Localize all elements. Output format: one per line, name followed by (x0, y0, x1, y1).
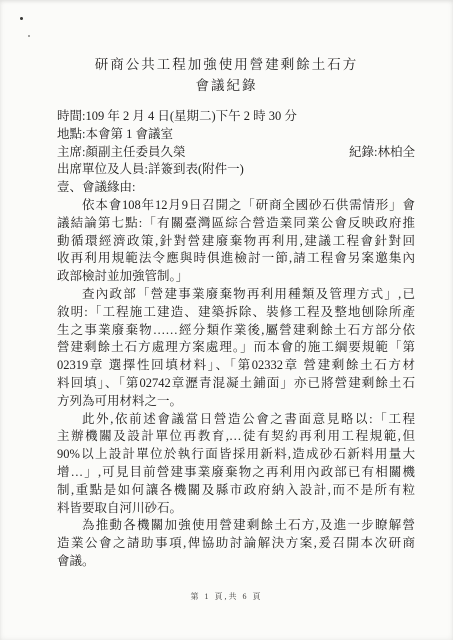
paragraph-line: 依本會108年12月9日召開之「研商全國砂石供需情形」會 (57, 197, 415, 215)
document-title-block: 研商公共工程加強使用營建剩餘土石方 會議紀錄 (0, 0, 453, 96)
paragraph-line: 動循環經濟政策,針對營建廢棄物再利用,建議工程會針對回 (57, 233, 415, 251)
meeting-recorder: 紀錄:林柏全 (349, 144, 415, 162)
scan-artifact (20, 17, 23, 20)
paragraph-line: 02319章 選擇性回填材料」、「第02332章 營建剩餘土石方材 (57, 357, 415, 375)
meeting-location: 地點:本會第 1 會議室 (57, 126, 415, 144)
paragraph-line: 營建剩餘土石方處理方案處理。」而本會的施工綱要規範「第 (57, 339, 415, 357)
paragraph-line: 為推動各機關加強使用營建剩餘土石方,及進一步瞭解營 (57, 517, 415, 535)
paragraph-line: 收再利用規範法令應與時俱進檢討一節,請工程會另案邀集內 (57, 250, 415, 268)
document-title: 研商公共工程加強使用營建剩餘土石方 (0, 54, 453, 75)
paragraph: 為推動各機關加強使用營建剩餘土石方,及進一步瞭解營 造業公會之請助事項,俾協助討… (57, 517, 415, 570)
paragraph-line: 查內政部「營建事業廢棄物再利用種類及管理方式」,已 (57, 286, 415, 304)
paragraph: 此外,依前述會議當日營造公會之書面意見略以:「工程 主辦機關及設計單位再教育,…… (57, 411, 415, 518)
paragraph: 依本會108年12月9日召開之「研商全國砂石供需情形」會 議結論第七點:「有關臺… (57, 197, 415, 286)
paragraph-line: 90%以上設計單位於執行面皆採用新料,造成砂石新料用量大 (57, 446, 415, 464)
scan-artifact (28, 35, 30, 37)
meeting-chair: 主席:顏副主任委員久榮 (57, 144, 185, 162)
paragraph-line: 主辦機關及設計單位再教育,…徒有契約再利用工程規範,但 (57, 428, 415, 446)
paragraph-line: 議結論第七點:「有關臺灣區綜合營造業同業公會反映政府推 (57, 215, 415, 233)
meeting-attendees: 出席單位及人員:詳簽到表(附件一) (57, 161, 415, 179)
paragraph-line: 料回填」、「第02742章瀝青混凝土鋪面」亦已將營建剩餘土石 (57, 375, 415, 393)
paragraph-line: 政部檢討並加強管制。」 (57, 268, 415, 286)
paragraph-line: 敘明:「工程施工建造、建築拆除、裝修工程及整地刨除所產 (57, 304, 415, 322)
chair-recorder-row: 主席:顏副主任委員久榮 紀錄:林柏全 (57, 144, 415, 162)
paragraph-line: 制,重點是如何讓各機關及縣市政府納入設計,而不是所有粒 (57, 482, 415, 500)
paragraph-line: 增…」,可見目前營建事業廢棄物之再利用內政部已有相關機 (57, 464, 415, 482)
page-number-footer: 第 1 頁,共 6 頁 (0, 591, 453, 602)
document-subtitle: 會議紀錄 (0, 75, 453, 96)
scanned-document-page: 研商公共工程加強使用營建剩餘土石方 會議紀錄 時間:109 年 2 月 4 日(… (0, 0, 453, 640)
paragraph-line: 會議。 (57, 553, 415, 571)
paragraph-line: 方列為可用材料之一。 (57, 393, 415, 411)
paragraph-line: 生之事業廢棄物……經分類作業後,屬營建剩餘土石方部分依 (57, 322, 415, 340)
document-body: 時間:109 年 2 月 4 日(星期二)下午 2 時 30 分 地點:本會第 … (57, 108, 415, 571)
section-heading: 壹、會議緣由: (57, 179, 415, 197)
paragraph-line: 造業公會之請助事項,俾協助討論解決方案,爰召開本次研商 (57, 535, 415, 553)
paragraph-line: 料皆要取自河川砂石。 (57, 500, 415, 518)
meeting-time: 時間:109 年 2 月 4 日(星期二)下午 2 時 30 分 (57, 108, 415, 126)
paragraph: 查內政部「營建事業廢棄物再利用種類及管理方式」,已 敘明:「工程施工建造、建築拆… (57, 286, 415, 411)
paragraph-line: 此外,依前述會議當日營造公會之書面意見略以:「工程 (57, 411, 415, 429)
